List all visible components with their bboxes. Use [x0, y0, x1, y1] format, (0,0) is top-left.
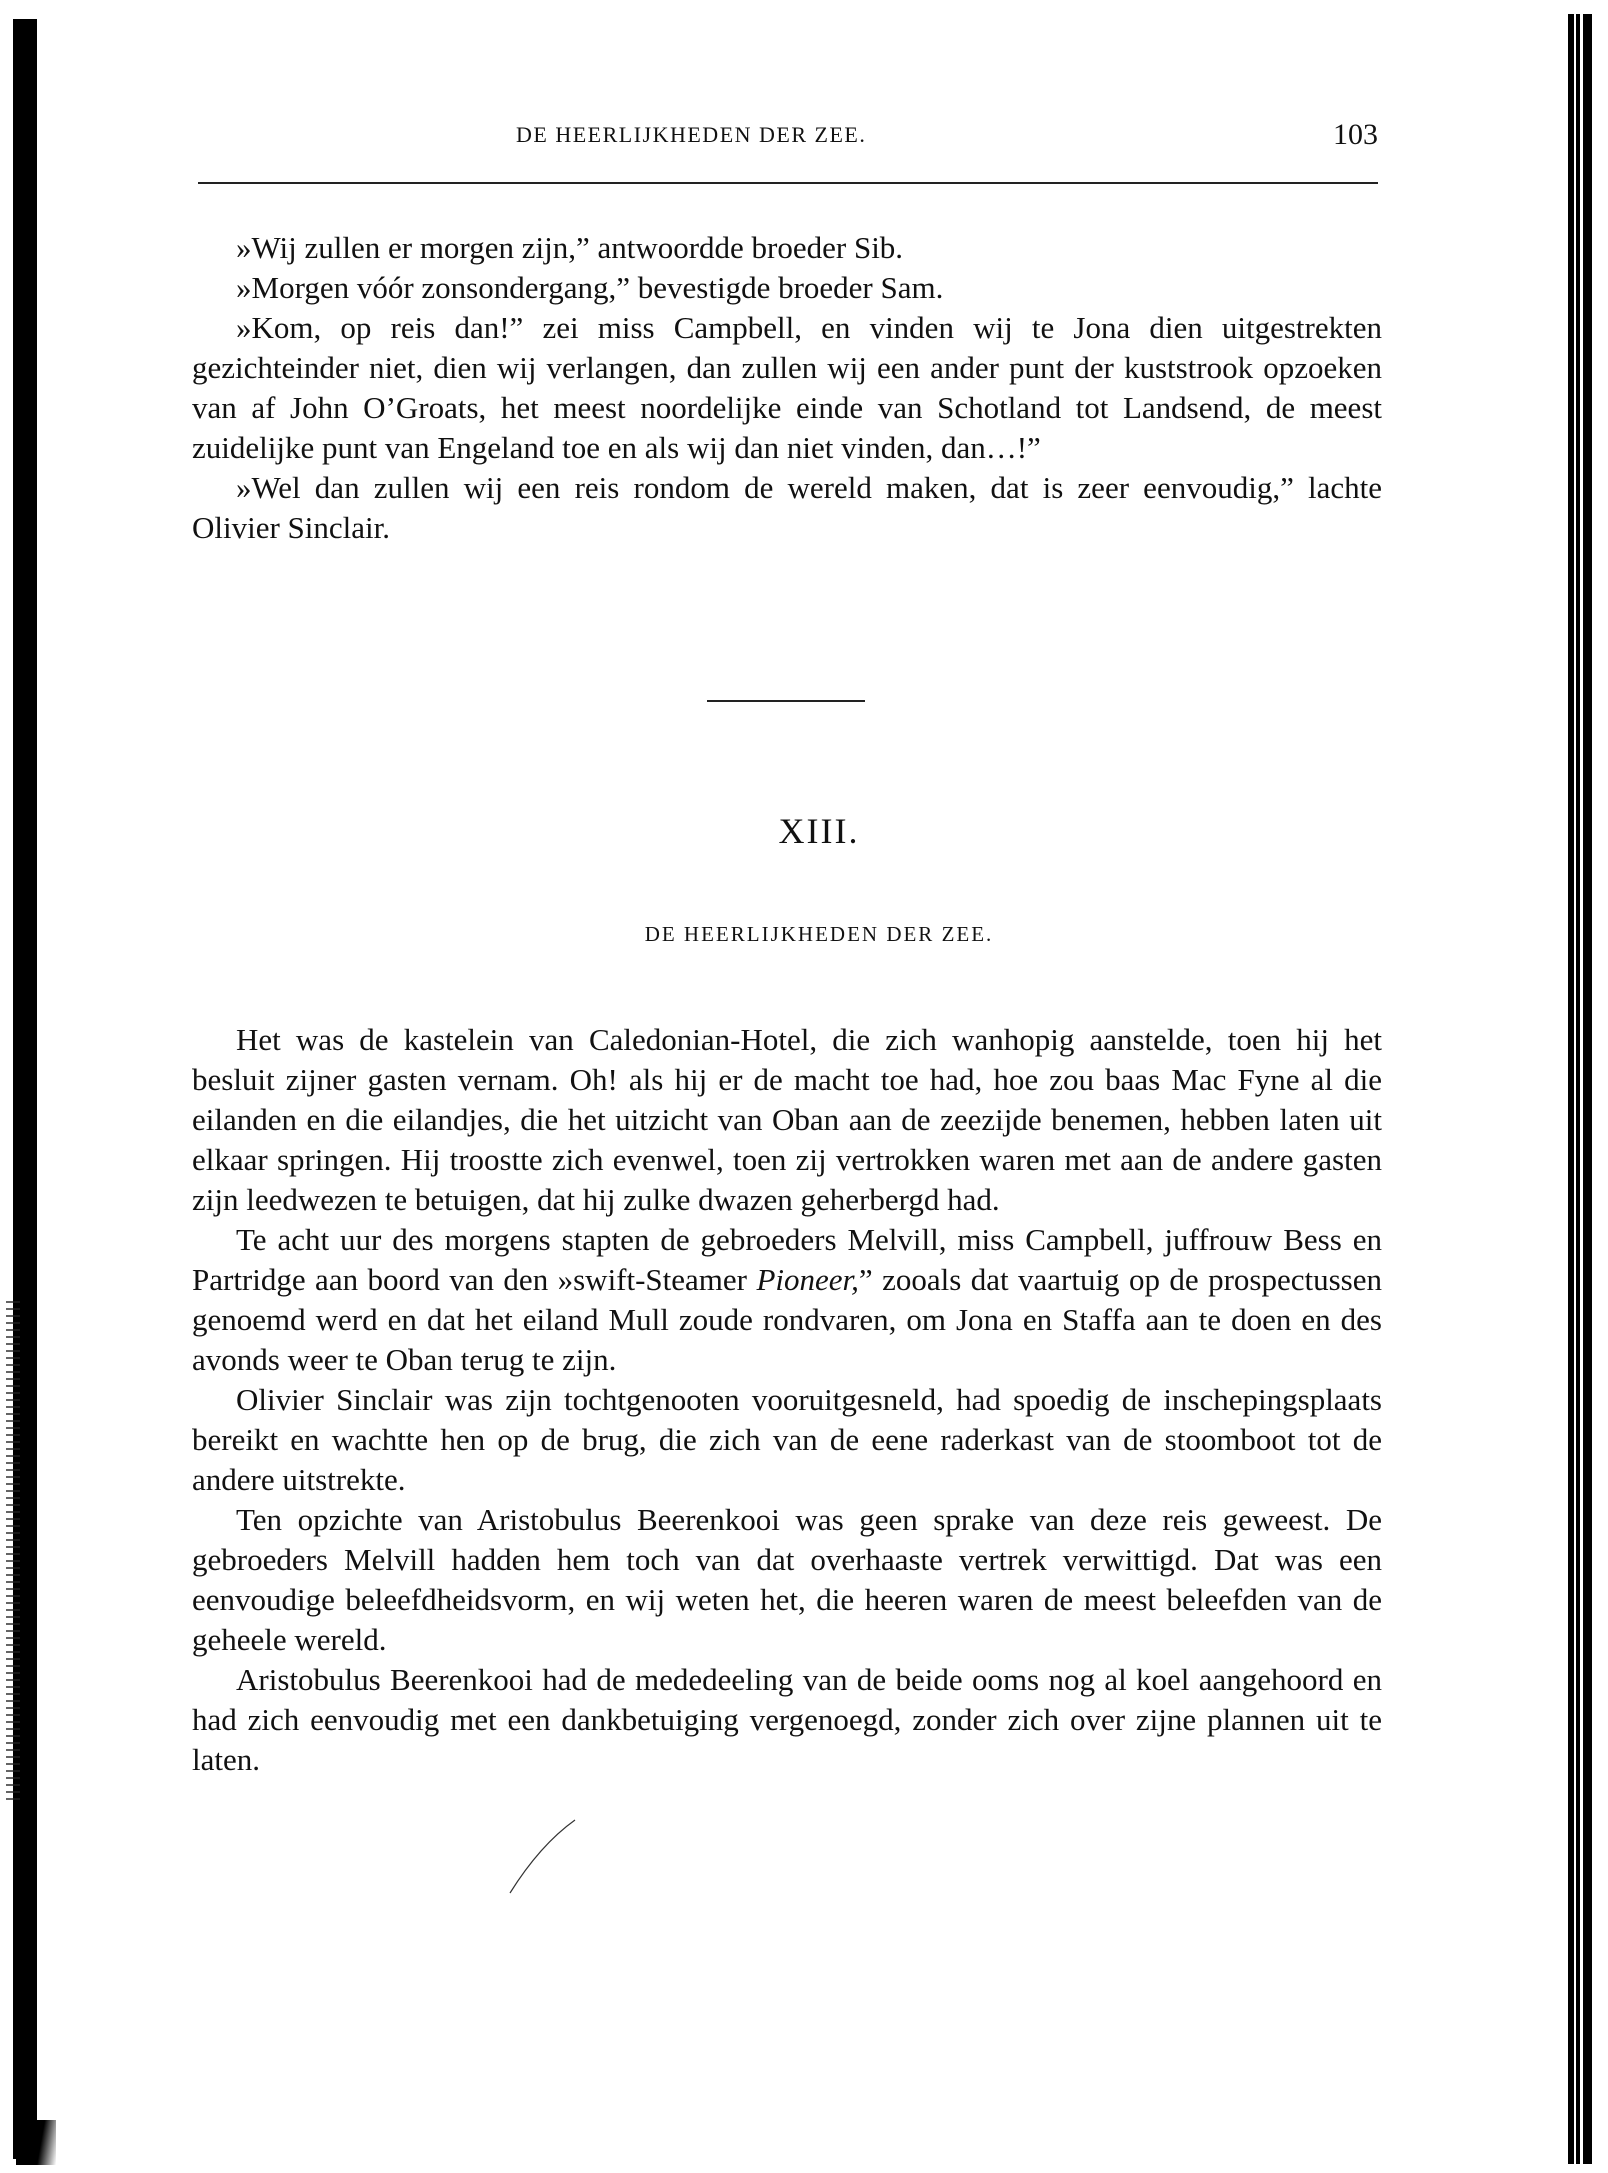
paragraph: »Kom, op reis dan!” zei miss Campbell, e… [192, 308, 1382, 468]
paragraph: Het was de kastelein van Caledonian-Hote… [192, 1020, 1382, 1220]
chapter-title: DE HEERLIJKHEDEN DER ZEE. [0, 922, 1608, 947]
paragraph: »Wel dan zullen wij een reis rondom de w… [192, 468, 1382, 548]
running-title: DE HEERLIJKHEDEN DER ZEE. [516, 122, 866, 148]
text-block-top: »Wij zullen er morgen zijn,” antwoordde … [192, 228, 1382, 548]
paragraph: »Morgen vóór zonsondergang,” bevestigde … [192, 268, 1382, 308]
paragraph: Te acht uur des morgens stapten de gebro… [192, 1220, 1382, 1380]
page-number: 103 [1333, 118, 1378, 152]
ship-name: Pioneer, [756, 1262, 858, 1297]
header-rule [198, 182, 1378, 184]
paragraph: Olivier Sinclair was zijn tochtgenooten … [192, 1380, 1382, 1500]
scan-edge-right [1568, 14, 1574, 2164]
paragraph: Aristobulus Beerenkooi had de mededeelin… [192, 1660, 1382, 1780]
chapter-number: XIII. [0, 810, 1608, 852]
paragraph: Ten opzichte van Aristobulus Beerenkooi … [192, 1500, 1382, 1660]
paragraph: »Wij zullen er morgen zijn,” antwoordde … [192, 228, 1382, 268]
scan-edge-right [1576, 14, 1580, 2164]
section-divider [707, 700, 865, 702]
scan-edge-noise [6, 1300, 20, 1800]
text-block-chapter: Het was de kastelein van Caledonian-Hote… [192, 1020, 1382, 1780]
scan-edge-left-tail [16, 2120, 56, 2165]
scan-edge-right [1583, 14, 1592, 2164]
pencil-mark [500, 1815, 580, 1895]
scan-edge-left [13, 19, 37, 2159]
running-header: DE HEERLIJKHEDEN DER ZEE. 103 [198, 122, 1378, 152]
